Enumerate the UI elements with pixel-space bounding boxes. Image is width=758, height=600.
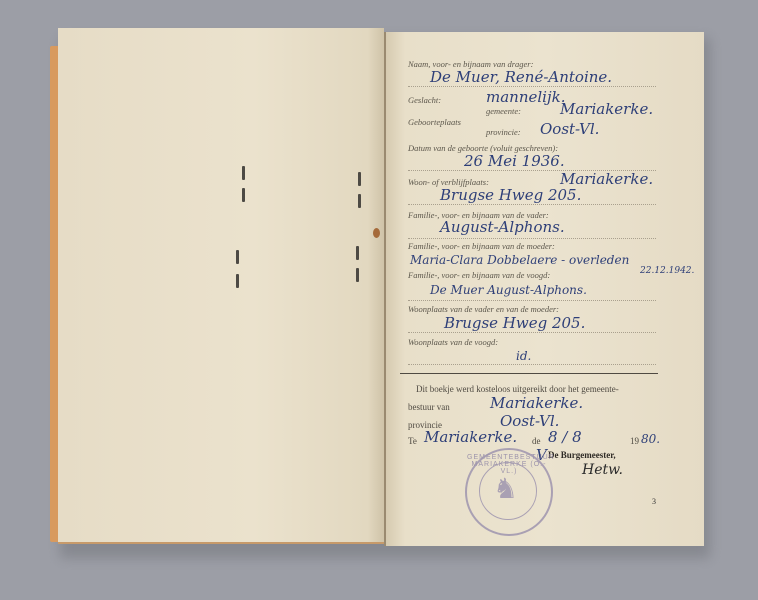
issuance-year-suffix: 80.: [641, 432, 660, 446]
dotted-line: [408, 86, 656, 87]
label-mother: Familie-, voor- en bijnaam van de moeder…: [408, 241, 555, 251]
label-gender: Geslacht:: [408, 95, 441, 105]
issuance-text: Dit boekje werd kosteloos uitgereikt doo…: [416, 384, 619, 394]
staple-stitch: [358, 194, 361, 208]
value-mother: Maria-Clara Dobbelaere - overleden: [410, 253, 629, 267]
value-guardian-residence: id.: [516, 349, 531, 363]
label-province: provincie:: [486, 127, 521, 137]
lion-icon: ♞: [493, 472, 518, 506]
label-birthplace: Geboorteplaats: [408, 117, 461, 127]
staple-stitch: [242, 166, 245, 180]
value-mother-note: 22.12.1942.: [640, 266, 694, 276]
value-province: Oost-Vl.: [540, 120, 599, 138]
label-guardian: Familie-, voor- en bijnaam van de voogd:: [408, 270, 550, 280]
value-parents-residence: Brugse Hweg 205.: [444, 314, 585, 332]
staple-stitch: [356, 268, 359, 282]
label-guardian-residence: Woonplaats van de voogd:: [408, 337, 498, 347]
issuance-label-municipality: bestuur van: [408, 402, 450, 412]
issuance-label-place: Te: [408, 436, 417, 446]
municipal-stamp: GEMEENTEBESTUUR MARIAKERKE (O.-VL.) ♞: [465, 448, 553, 536]
value-guardian: De Muer August-Alphons.: [430, 283, 587, 297]
page-number: 3: [652, 497, 656, 506]
dotted-line: [408, 332, 656, 333]
left-page: [58, 28, 384, 544]
dotted-line: [408, 300, 656, 301]
dotted-line: [408, 238, 656, 239]
value-father: August-Alphons.: [440, 218, 565, 236]
label-parents-residence: Woonplaats van de vader en van de moeder…: [408, 304, 559, 314]
issuance-year-prefix: 19: [630, 436, 639, 446]
section-divider: [400, 373, 658, 374]
value-birthdate: 26 Mei 1936.: [464, 152, 565, 170]
value-gender: mannelijk.: [486, 88, 565, 106]
issuance-value-municipality: Mariakerke.: [490, 394, 583, 412]
dotted-line: [408, 364, 656, 365]
issuance-value-place: Mariakerke.: [424, 428, 517, 446]
staple-stitch: [242, 188, 245, 202]
issuance-label-date: de: [532, 436, 541, 446]
value-name: De Muer, René-Antoine.: [430, 68, 612, 86]
staple-stitch: [356, 246, 359, 260]
dotted-line: [408, 204, 656, 205]
value-municipality: Mariakerke.: [560, 100, 653, 118]
staple-stitch: [236, 250, 239, 264]
signature: Hetw.: [582, 462, 623, 478]
issuance-value-date: 8 / 8: [548, 428, 582, 446]
label-municipality: gemeente:: [486, 106, 521, 116]
staple-stitch: [236, 274, 239, 288]
signatory-title: De Burgemeester,: [548, 450, 616, 460]
value-residence-street: Brugse Hweg 205.: [440, 186, 581, 204]
rust-stain: [373, 228, 380, 238]
staple-stitch: [358, 172, 361, 186]
